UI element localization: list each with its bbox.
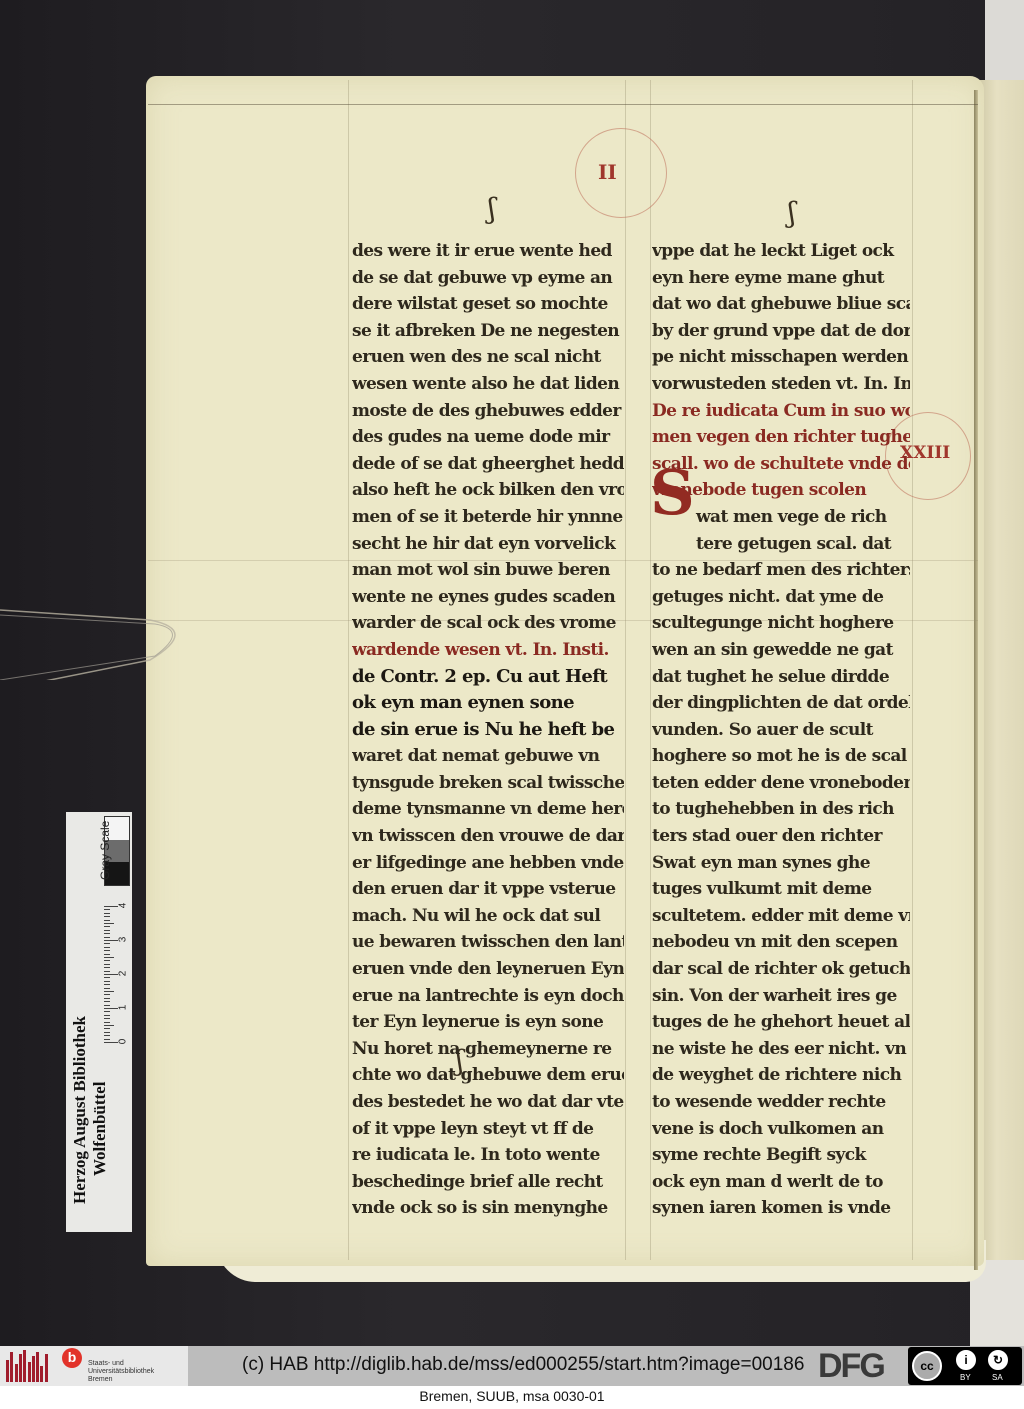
manuscript-line: dar scal de richter ok getuch	[652, 956, 910, 983]
ruling-line	[912, 80, 913, 1260]
manuscript-line: sin. Von der warheit ires ge	[652, 983, 910, 1010]
manuscript-line: moste de des ghebuwes edder	[352, 398, 624, 425]
ruler-tick	[104, 913, 110, 914]
manuscript-image-viewer: II XXIII ʃ ʃ ʃ des were it ir erue wente…	[0, 0, 1024, 1346]
manuscript-line: pe nicht misschapen werden vn	[652, 344, 910, 371]
ruler-tick	[104, 920, 110, 921]
ruler-tick	[104, 937, 110, 938]
manuscript-line: also heft he ock bilken den vro	[352, 477, 624, 504]
ruler-tick	[104, 933, 110, 934]
attribution-icon: i	[956, 1350, 976, 1370]
manuscript-line: beschedinge brief alle recht	[352, 1169, 624, 1196]
copyright-link[interactable]: (c) HAB http://diglib.hab.de/mss/ed00025…	[242, 1354, 804, 1376]
manuscript-line: eruen wen des ne scal nicht	[352, 344, 624, 371]
manuscript-line: men vegen den richter tughen	[652, 424, 910, 451]
manuscript-line: De re iudicata Cum in suo wo	[652, 398, 910, 425]
ruler-tick	[104, 984, 110, 985]
ruling-line	[348, 80, 349, 1260]
ruler-tick	[104, 916, 110, 917]
manuscript-line: de weyghet de richtere nich	[652, 1062, 910, 1089]
manuscript-line: des were it ir erue wente hed	[352, 238, 624, 265]
gray-scale-label: Gray Scale	[98, 821, 112, 880]
manuscript-line: nebodeu vn mit den scepen	[652, 929, 910, 956]
manuscript-line: de sin erue is Nu he heft be	[352, 717, 624, 744]
ruler-ticks: 01234	[104, 902, 128, 1042]
ruler-tick	[104, 1042, 118, 1043]
ruler-tick	[104, 926, 110, 927]
ruler-tick	[104, 1015, 110, 1016]
ruler-label: 3	[117, 937, 128, 943]
ruling-line	[650, 80, 651, 1260]
manuscript-line: scultegunge nicht hoghere	[652, 610, 910, 637]
ruler-tick	[104, 967, 110, 968]
ruler-tick	[104, 1028, 110, 1029]
manuscript-line: men of se it beterde hir ynnne	[352, 504, 624, 531]
manuscript-line: to tughehebben in des rich	[652, 796, 910, 823]
manuscript-line: vn twisscen den vrouwe de dar	[352, 823, 624, 850]
manuscript-line: tuges de he ghehort heuet al	[652, 1009, 910, 1036]
ruler-tick	[104, 998, 110, 999]
ruler-label: 4	[117, 903, 128, 909]
ruler-label: 0	[117, 1039, 128, 1045]
by-label: BY	[960, 1373, 971, 1382]
manuscript-line: synen iaren komen is vnde	[652, 1195, 910, 1222]
bookmark-strings	[0, 580, 200, 680]
manuscript-line: tuges vulkumt mit deme	[652, 876, 910, 903]
suub-logo-icon: b	[62, 1348, 82, 1368]
ruler-tick	[104, 930, 110, 931]
library-name: Staats- und Universitätsbibliothek Breme…	[88, 1360, 154, 1384]
manuscript-line: vorwusteden steden vt. In. Insti.	[652, 371, 910, 398]
manuscript-line: eruen vnde den leyneruen Eyn	[352, 956, 624, 983]
manuscript-line: wente ne eynes gudes scaden	[352, 584, 624, 611]
decorated-initial: S	[650, 462, 695, 524]
ruler-tick	[104, 964, 110, 965]
text-column-left: des were it ir erue wente hedde se dat g…	[352, 238, 624, 1222]
ruler-tick	[104, 1032, 110, 1033]
ruler-tick	[104, 1035, 110, 1036]
ruler-tick	[104, 981, 110, 982]
ruler-tick	[104, 954, 110, 955]
color-scale-bar: Herzog August Bibliothek Wolfenbüttel Gr…	[66, 812, 132, 1232]
library-name-line: Universitätsbibliothek	[88, 1368, 154, 1376]
manuscript-line: erue na lantrechte is eyn doch	[352, 983, 624, 1010]
cc-icon: cc	[912, 1351, 942, 1381]
ruler-tick	[104, 940, 118, 941]
manuscript-line: re iudicata le. In toto wente	[352, 1142, 624, 1169]
manuscript-line: vppe dat he leckt Liget ock	[652, 238, 910, 265]
manuscript-line: se it afbreken De ne negesten	[352, 318, 624, 345]
manuscript-line: er lifgedinge ane hebben vnde	[352, 850, 624, 877]
manuscript-line: to ne bedarf men des richters	[652, 557, 910, 584]
ruler-tick	[104, 977, 110, 978]
manuscript-line: dede of se dat gheerghet hedde	[352, 451, 624, 478]
institution-name: Herzog August Bibliothek	[70, 834, 90, 1204]
manuscript-line: waret dat nemat gebuwe vn	[352, 743, 624, 770]
manuscript-line: mach. Nu wil he ock dat sul	[352, 903, 624, 930]
ruler-tick	[104, 1025, 114, 1026]
ruler-tick	[104, 943, 110, 944]
manuscript-line: wesen wente also he dat liden	[352, 371, 624, 398]
manuscript-line: scultetem. edder mit deme vro	[652, 903, 910, 930]
manuscript-line: teten edder dene vroneboden	[652, 770, 910, 797]
manuscript-line: Swat eyn man synes ghe	[652, 850, 910, 877]
ruler-tick	[104, 1022, 110, 1023]
manuscript-line: deme tynsmanne vn deme heren	[352, 796, 624, 823]
manuscript-line: des bestedet he wo dat dar vte	[352, 1089, 624, 1116]
folio-number-top: II	[598, 160, 617, 184]
manuscript-line: wardende wesen vt. In. Insti.	[352, 637, 624, 664]
manuscript-line: dere wilstat geset so mochte	[352, 291, 624, 318]
page-gutter	[974, 90, 978, 1270]
ruler-label: 1	[117, 1005, 128, 1011]
folio-circle-top	[575, 128, 667, 218]
library-logos: b Staats- und Universitätsbibliothek Bre…	[0, 1346, 188, 1386]
ruler-tick	[104, 1001, 110, 1002]
ruler-tick	[104, 909, 110, 910]
manuscript-line: chte wo dat ghebuwe dem erue	[352, 1062, 624, 1089]
ruler-tick	[104, 947, 110, 948]
facing-page-edge	[978, 80, 1024, 1346]
ruler-tick	[104, 974, 118, 975]
library-name-line: Staats- und	[88, 1360, 154, 1368]
manuscript-line: des gudes na ueme dode mir	[352, 424, 624, 451]
library-name-line: Bremen	[88, 1376, 154, 1384]
manuscript-line: secht he hir dat eyn vorvelick	[352, 531, 624, 558]
manuscript-line: man mot wol sin buwe beren	[352, 557, 624, 584]
ruler-tick	[104, 960, 110, 961]
manuscript-line: Nu horet na ghemeynerne re	[352, 1036, 624, 1063]
ruling-line	[625, 80, 626, 1260]
manuscript-line: of it vppe leyn steyt vt ff de	[352, 1116, 624, 1143]
manuscript-line: eyn here eyme mane ghut	[652, 265, 910, 292]
manuscript-line: ok eyn man eynen sone	[352, 690, 624, 717]
ruler-tick	[104, 988, 110, 989]
manuscript-line: ter Eyn leynerue is eyn sone	[352, 1009, 624, 1036]
manuscript-line: dat wo dat ghebuwe bliue scal	[652, 291, 910, 318]
manuscript-line: tere getugen scal. dat	[652, 531, 910, 558]
ruler-tick	[104, 1018, 110, 1019]
manuscript-line: de se dat gebuwe vp eyme an	[352, 265, 624, 292]
manuscript-line: den eruen dar it vppe vsterue	[352, 876, 624, 903]
ruler-tick	[104, 957, 114, 958]
footer-bar: b Staats- und Universitätsbibliothek Bre…	[0, 1346, 1024, 1386]
manuscript-line: to wesende wedder rechte	[652, 1089, 910, 1116]
ruler-tick	[104, 994, 110, 995]
dfg-logo: DFG	[818, 1349, 884, 1383]
ruler-tick	[104, 1008, 118, 1009]
ruler-tick	[104, 971, 110, 972]
manuscript-line: ne wiste he des eer nicht. vn	[652, 1036, 910, 1063]
manuscript-line: ue bewaren twisschen den lant	[352, 929, 624, 956]
manuscript-line: vnde ock so is sin menynghe	[352, 1195, 624, 1222]
manuscript-line: ock eyn man d werlt de to	[652, 1169, 910, 1196]
ruler-tick	[104, 1005, 110, 1006]
ruler-tick	[104, 1011, 110, 1012]
flourish-mark: ʃ	[788, 196, 796, 229]
barcode-logo-icon	[6, 1350, 50, 1382]
share-alike-icon: ↻	[988, 1350, 1008, 1370]
manuscript-line: dat tughet he selue dirdde	[652, 664, 910, 691]
ruler-tick	[104, 950, 110, 951]
ruler-tick	[104, 991, 114, 992]
ruler-tick	[104, 906, 118, 907]
ruling-line	[148, 104, 978, 105]
manuscript-line: getuges nicht. dat yme de	[652, 584, 910, 611]
image-caption: Bremen, SUUB, msa 0030-01	[0, 1388, 1024, 1404]
text-column-right: vppe dat he leckt Liget ockeyn here eyme…	[652, 238, 910, 1222]
ruler-tick	[104, 923, 114, 924]
flourish-mark: ʃ	[488, 192, 496, 225]
manuscript-line: ters stad ouer den richter	[652, 823, 910, 850]
manuscript-line: hoghere so mot he is de scal	[652, 743, 910, 770]
manuscript-line: der dingplichten de dat ordel	[652, 690, 910, 717]
manuscript-line: tynsgude breken scal twisschen	[352, 770, 624, 797]
ruler-tick	[104, 1039, 110, 1040]
manuscript-line: vene is doch vulkomen an	[652, 1116, 910, 1143]
sa-label: SA	[992, 1373, 1003, 1382]
manuscript-line: warder de scal ock des vrome	[352, 610, 624, 637]
manuscript-line: vunden. So auer de scult	[652, 717, 910, 744]
manuscript-line: syme rechte Begift syck	[652, 1142, 910, 1169]
manuscript-line: wen an sin gewedde ne gat	[652, 637, 910, 664]
manuscript-line: by der grund vppe dat de dor	[652, 318, 910, 345]
cc-license-badge[interactable]: cc i ↻ BY SA	[908, 1347, 1022, 1385]
manuscript-line: de Contr. 2 ep. Cu aut Heft	[352, 664, 624, 691]
ruler-label: 2	[117, 971, 128, 977]
